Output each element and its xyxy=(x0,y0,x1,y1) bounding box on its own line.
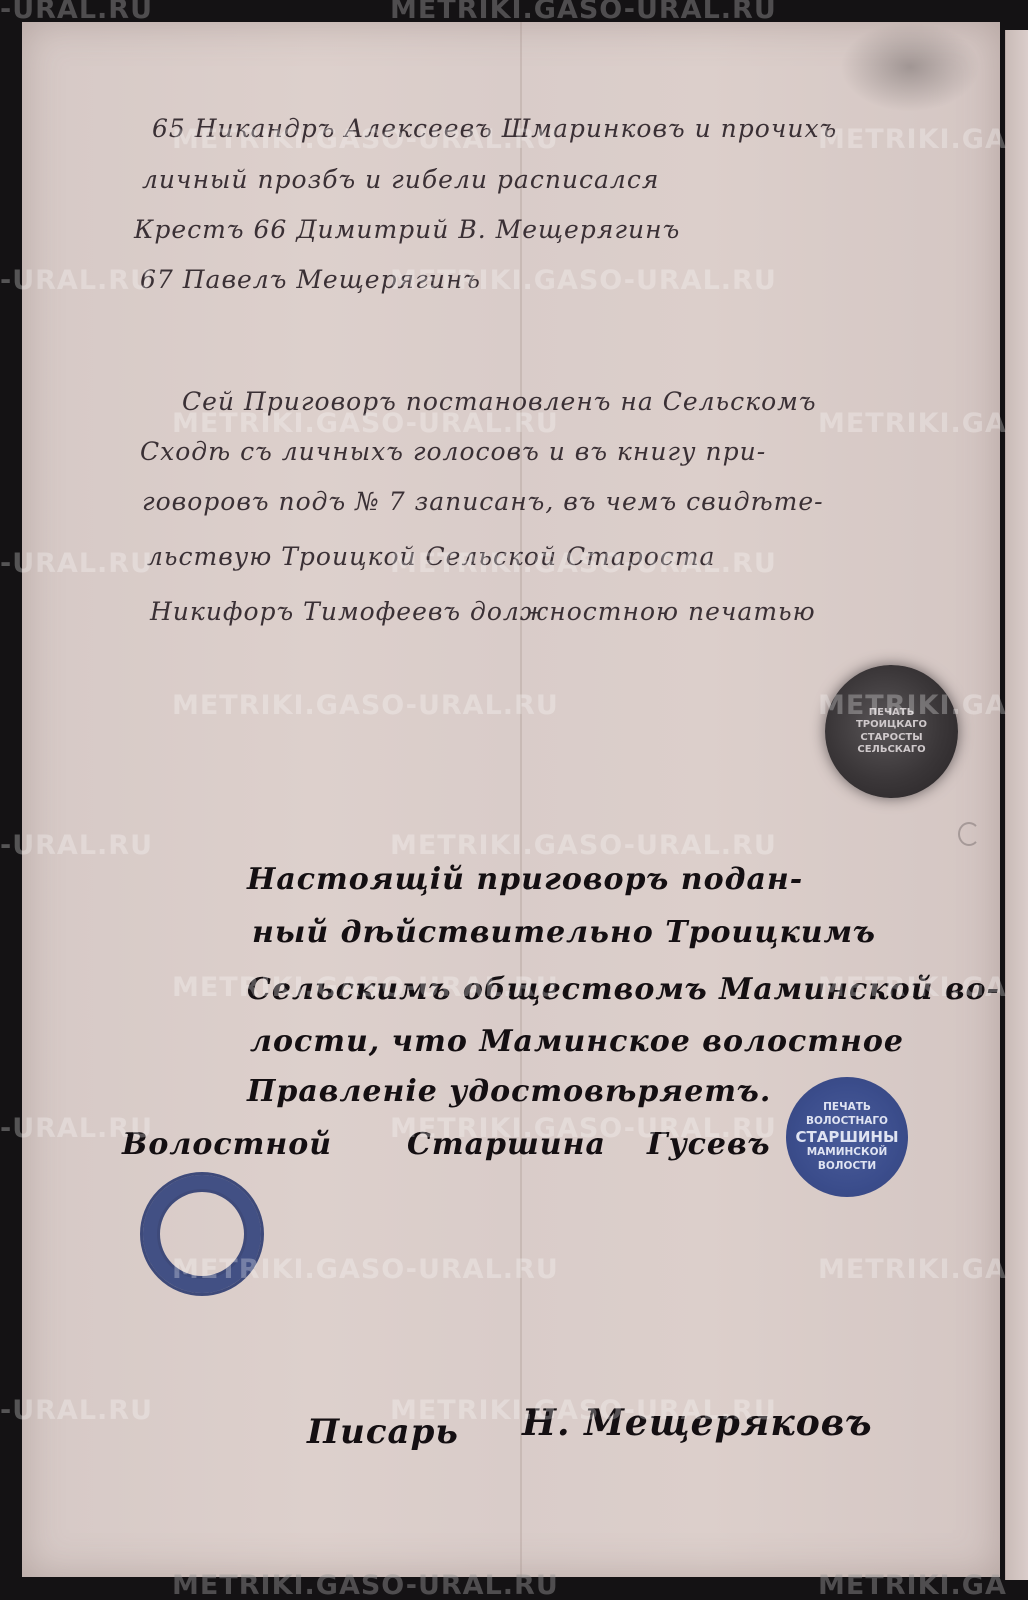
handwritten-line: Сельскимъ обществомъ Маминской во- xyxy=(247,972,1000,1007)
handwritten-line: 65 Никандръ Алексеевъ Шмаринковъ и прочи… xyxy=(152,114,837,143)
seal-text: ВОЛОСТНАГО xyxy=(806,1115,888,1128)
seal-text: ВОЛОСТИ xyxy=(818,1160,876,1173)
handwritten-line: ный дѣйствительно Троицкимъ xyxy=(252,915,876,950)
handwritten-line: Настоящiй приговоръ подан- xyxy=(247,862,803,897)
seal-text: МАМИНСКОЙ xyxy=(807,1146,888,1159)
seal-text: СТАРОСТЫ xyxy=(860,732,922,745)
seal-text: ТРОИЦКАГО xyxy=(856,719,927,732)
signature-title-middle: Старшина xyxy=(407,1127,606,1162)
village-elder-wax-seal: ПЕЧАТЬ ТРОИЦКАГО СТАРОСТЫ СЕЛЬСКАГО xyxy=(825,665,958,798)
handwritten-line: Правленiе удостовѣряетъ. xyxy=(247,1074,771,1109)
clerk-signature: Н. Мещеряковъ xyxy=(522,1402,873,1444)
volost-elder-stamp: ПЕЧАТЬ ВОЛОСТНАГО СТАРШИНЫ МАМИНСКОЙ ВОЛ… xyxy=(786,1077,908,1197)
ring-mark xyxy=(958,822,980,846)
elder-signature: Гусевъ xyxy=(647,1127,771,1162)
seal-text: СЕЛЬСКАГО xyxy=(857,744,925,757)
handwritten-line: Никифоръ Тимофеевъ должностною печатью xyxy=(150,597,816,626)
handwritten-line: Сходѣ съ личныхъ голосовъ и въ книгу при… xyxy=(140,437,766,466)
handwritten-line: льствую Троицкой Сельской Староста xyxy=(147,542,715,571)
seal-text: СТАРШИНЫ xyxy=(795,1128,898,1147)
handwritten-line: личный прозбъ и гибели расписался xyxy=(142,165,659,194)
ring-stamp xyxy=(140,1172,264,1296)
handwritten-line: лости, что Маминское волостное xyxy=(250,1024,904,1059)
signature-title-left: Волостной xyxy=(122,1127,332,1162)
handwritten-line: Крестъ 66 Димитрий В. Мещерягинъ xyxy=(134,215,680,244)
handwritten-line: 67 Павелъ Мещерягинъ xyxy=(140,265,481,294)
document-page: 65 Никандръ Алексеевъ Шмаринковъ и прочи… xyxy=(22,22,1000,1577)
fold-line xyxy=(520,22,522,1577)
handwritten-line: говоровъ подъ № 7 записанъ, въ чемъ свид… xyxy=(142,487,824,516)
stain-mark xyxy=(840,22,980,112)
handwritten-line: Сей Приговоръ постановленъ на Сельскомъ xyxy=(182,387,817,416)
seal-text: ПЕЧАТЬ xyxy=(869,707,914,720)
adjacent-page-edge xyxy=(1005,30,1028,1580)
clerk-label: Писарь xyxy=(307,1412,459,1452)
seal-text: ПЕЧАТЬ xyxy=(823,1101,871,1114)
